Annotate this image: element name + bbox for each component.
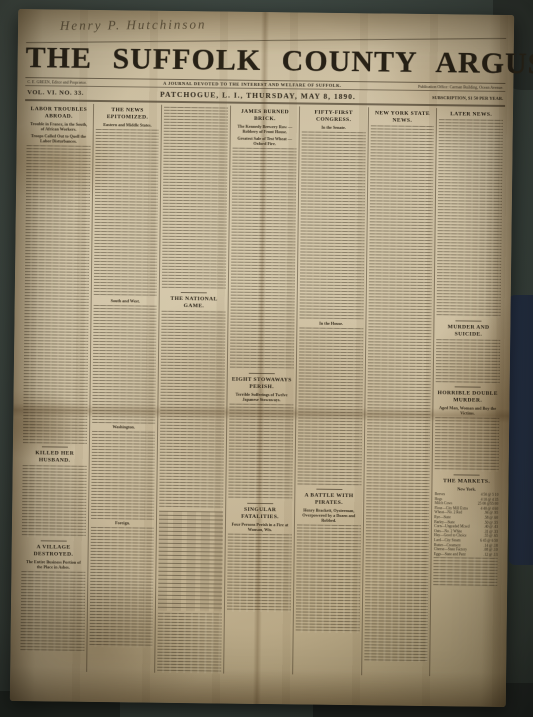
article-divider [455, 386, 481, 387]
article-body-text [160, 311, 226, 510]
newspaper-title: THE SUFFOLK COUNTY ARGUS. [25, 38, 505, 84]
article-divider [316, 489, 342, 490]
motto-line: A JOURNAL DEVOTED TO THE INTEREST AND WE… [163, 81, 341, 88]
article-body-text [297, 327, 363, 486]
newspaper-front-page: Henry P. Hutchinson THE SUFFOLK COUNTY A… [10, 9, 514, 707]
article-subhead: Four Persons Perish in a Fire at Wausau,… [230, 522, 290, 533]
article-headline: JAMES BURNED BRICK. [233, 109, 297, 124]
article-body-text [227, 534, 292, 613]
article-body-text [158, 613, 222, 674]
column-1: LABOR TROUBLES ABROAD.Trouble in France,… [18, 103, 94, 672]
article-body-text [92, 305, 157, 424]
article-subhead: Terrible Sufferings of Twelve Japanese S… [232, 392, 292, 403]
volume-number: VOL. VI. NO. 33. [27, 89, 84, 97]
article-subhead: Eastern and Middle States. [98, 122, 158, 128]
article-subhead: In the Senate. [304, 124, 364, 130]
article-headline: LABOR TROUBLES ABROAD. [27, 106, 91, 121]
article-subhead: Troops Called Out to Quell the Labor Dis… [29, 133, 89, 144]
article-body-text [23, 145, 90, 444]
article-divider [247, 503, 273, 504]
article-subhead: Trouble in France, in the South, of Afri… [29, 121, 89, 132]
article-headline: NEW YORK STATE NEWS. [370, 110, 434, 125]
article-body-text [228, 404, 293, 501]
article-headline: LATER NEWS. [439, 111, 503, 119]
markets-row: Eggs—State and Penn.12 @ .13 [434, 552, 498, 557]
column-4: JAMES BURNED BRICK.The Kennedy Brewery R… [224, 106, 300, 675]
article-subhead: Washington. [94, 424, 154, 430]
article-subhead: South and West. [95, 298, 155, 304]
article-body-text [91, 431, 156, 520]
editor-line: C. E. GREEN, Editor and Proprietor. [27, 79, 86, 85]
column-3: THE NATIONAL GAME. [156, 105, 232, 674]
article-divider [41, 540, 67, 541]
article-body-text [436, 339, 500, 384]
markets-table: New York.Beeves4 50 @ 5 10Hogs4 10 @ 4 3… [434, 486, 499, 557]
article-headline: THE NEWS EPITOMIZED. [96, 107, 160, 122]
article-divider [42, 446, 68, 447]
markets-place: New York. [435, 486, 499, 492]
article-body-text [435, 417, 499, 472]
article-divider [454, 474, 480, 475]
article-headline: A VILLAGE DESTROYED. [22, 544, 86, 559]
column-area: LABOR TROUBLES ABROAD.Trouble in France,… [18, 103, 505, 677]
article-body-text [437, 119, 503, 318]
article-divider [181, 292, 207, 293]
article-subhead: The Kennedy Brewery Row — Robbery of Fro… [235, 124, 295, 135]
column-2: THE NEWS EPITOMIZED.Eastern and Middle S… [87, 104, 163, 673]
markets-commodity: Eggs—State and Penn [434, 552, 466, 557]
article-body-text [434, 557, 498, 586]
article-body-text [299, 131, 365, 320]
article-body-text [296, 524, 361, 633]
column-7: LATER NEWS.MURDER AND SUICIDE.HORRIBLE D… [430, 108, 505, 677]
article-subhead: Foreign. [93, 520, 153, 526]
article-body-text [230, 148, 296, 371]
article-divider [456, 320, 482, 321]
article-body-text [364, 125, 434, 662]
article-body-text [89, 527, 154, 648]
article-divider [249, 373, 275, 374]
article-headline: A BATTLE WITH PIRATES. [297, 492, 361, 507]
article-headline: SINGULAR FATALITIES. [228, 507, 292, 522]
article-subhead: Aged Man, Woman and Boy the Victims. [438, 405, 498, 416]
article-subhead: Greatest Sale of Test Wheat — Oxford Fir… [235, 136, 295, 147]
dateline: PATCHOGUE, L. I., THURSDAY, MAY 8, 1890. [160, 90, 356, 101]
article-body-text [162, 107, 228, 290]
article-headline: FIFTY-FIRST CONGRESS. [302, 109, 366, 124]
article-body-text [20, 571, 85, 652]
article-body-text [93, 129, 159, 298]
blue-object-right-edge [509, 295, 533, 565]
article-subhead: The Entire Business Portion of the Place… [23, 559, 83, 570]
subscription-price: SUBSCRIPTION, $1 50 PER YEAR. [432, 95, 503, 101]
photograph-of-newspaper: Henry P. Hutchinson THE SUFFOLK COUNTY A… [0, 0, 533, 717]
article-headline: MURDER AND SUICIDE. [437, 324, 501, 339]
article-headline: THE NATIONAL GAME. [162, 296, 226, 311]
article-headline: EIGHT STOWAWAYS PERISH. [230, 377, 294, 392]
article-body-text [22, 465, 87, 538]
article-headline: KILLED HER HUSBAND. [23, 450, 87, 465]
article-subhead: In the House. [301, 320, 361, 326]
figures-table [158, 511, 223, 612]
publication-office-line: Publication Office: Carman Building, Oce… [418, 84, 503, 90]
handwritten-owner-name: Henry P. Hutchinson [26, 14, 506, 43]
article-subhead: Henry Brackett, Oysterman, Overpowered b… [299, 507, 359, 523]
article-headline: HORRIBLE DOUBLE MURDER. [436, 390, 500, 405]
column-6: NEW YORK STATE NEWS. [362, 107, 438, 676]
column-5: FIFTY-FIRST CONGRESS.In the Senate.In th… [293, 106, 369, 675]
newspaper-content: Henry P. Hutchinson THE SUFFOLK COUNTY A… [10, 9, 514, 707]
markets-price: .12 @ .13 [482, 552, 498, 557]
article-headline: THE MARKETS. [435, 478, 499, 486]
